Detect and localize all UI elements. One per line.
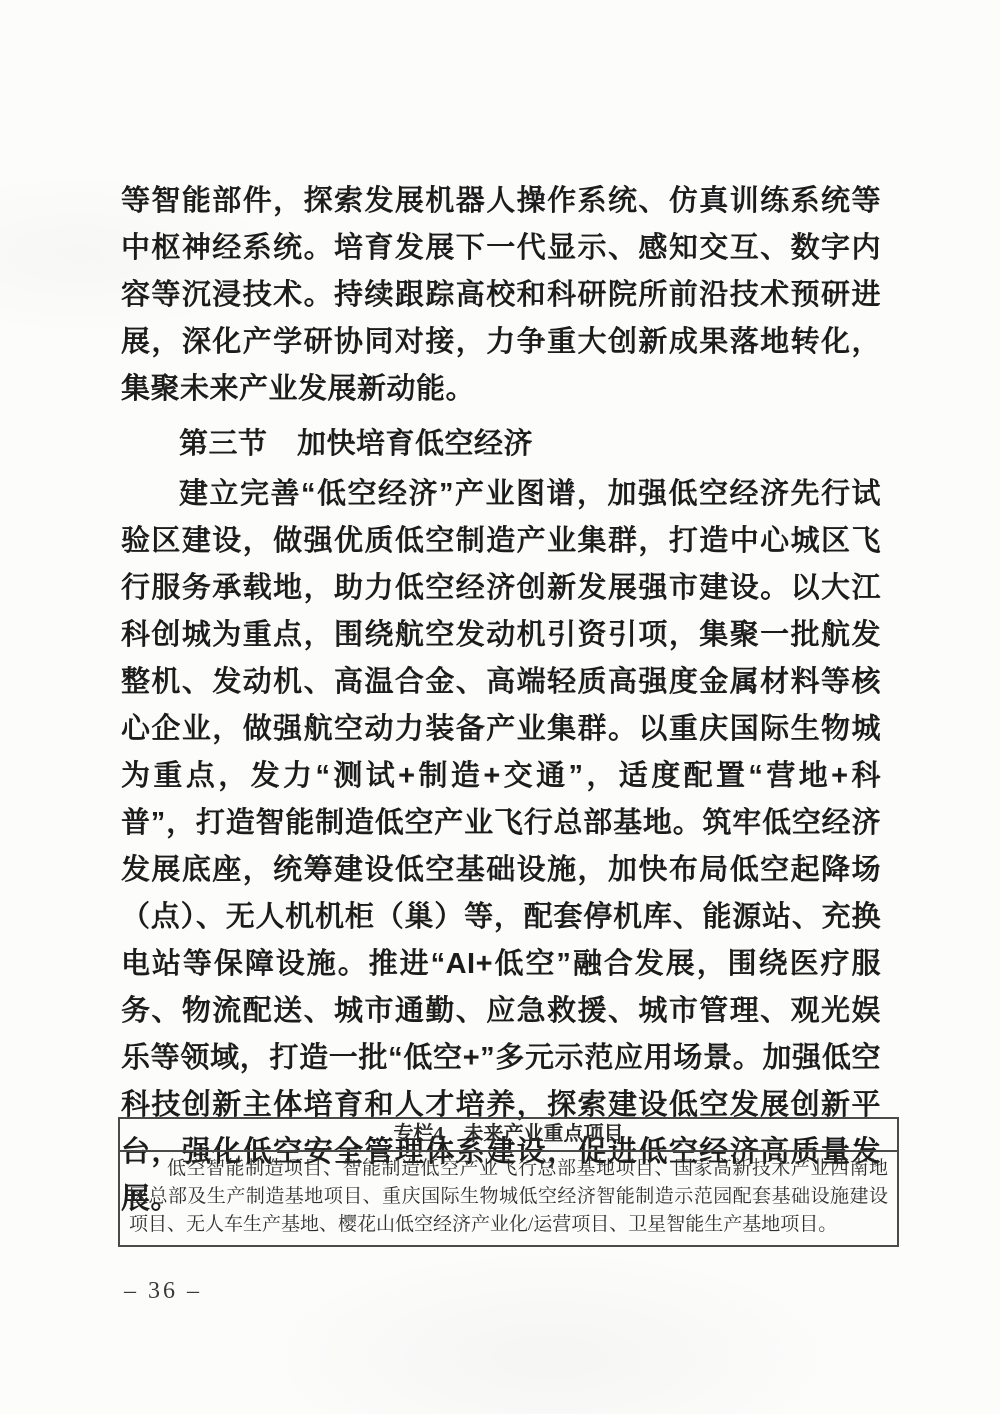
callout-box-special-column-4: 专栏4 未来产业重点项目 低空智能制造项目、智能制造低空产业飞行总部基地项目、国… bbox=[118, 1117, 899, 1247]
section-heading: 第三节 加快培育低空经济 bbox=[121, 421, 881, 468]
body-text-column: 等智能部件，探索发展机器人操作系统、仿真训练系统等中枢神经系统。培育发展下一代显… bbox=[121, 178, 881, 1223]
page-number: – 36 – bbox=[124, 1278, 202, 1305]
callout-body: 低空智能制造项目、智能制造低空产业飞行总部基地项目、国家高新技术产业西南地区总部… bbox=[120, 1152, 897, 1245]
paragraph-continuation: 等智能部件，探索发展机器人操作系统、仿真训练系统等中枢神经系统。培育发展下一代显… bbox=[121, 178, 881, 413]
paragraph-low-altitude-economy: 建立完善“低空经济”产业图谱，加强低空经济先行试验区建设，做强优质低空制造产业集… bbox=[121, 471, 881, 1223]
callout-title: 专栏4 未来产业重点项目 bbox=[120, 1119, 897, 1152]
